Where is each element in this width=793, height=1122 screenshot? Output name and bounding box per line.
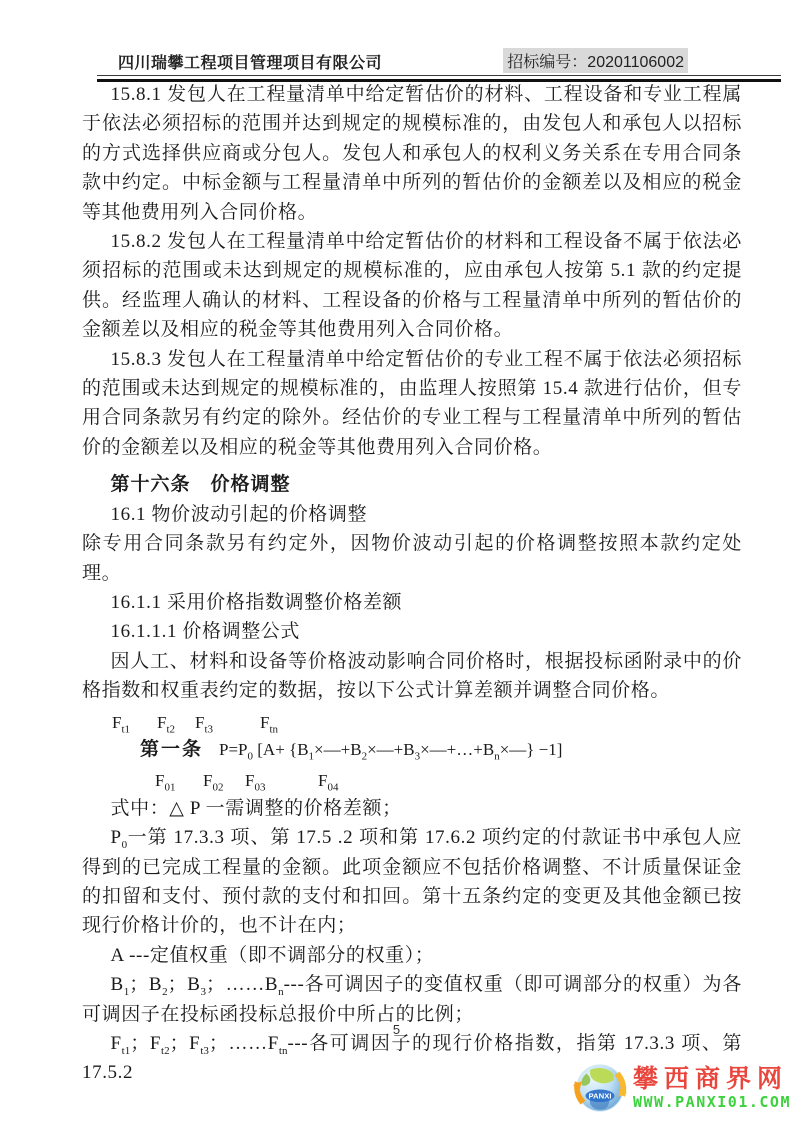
- paragraph-formula-intro: 因人工、材料和设备等价格波动影响合同价格时，根据投标函附录中的价格指数和权重表约…: [82, 647, 742, 706]
- paragraph-16-1-1-1: 16.1.1.1 价格调整公式: [82, 617, 742, 646]
- fraction-denominator-1: F01: [155, 766, 175, 795]
- paragraph-16-1-1: 16.1.1 采用价格指数调整价格差额: [82, 588, 742, 617]
- section-heading-16: 第十六条 价格调整: [82, 470, 742, 499]
- formula-denominator-row: F01 F02 F03 F04: [82, 764, 742, 793]
- watermark: PANXI 攀西商界网 WWW.PANXI01.COM: [571, 1060, 791, 1118]
- document-body: 15.8.1 发包人在工程量清单中给定暂估价的材料、工程设备和专业工程属于依法必…: [82, 80, 742, 1088]
- fraction-denominator-4: F04: [318, 766, 338, 795]
- paragraph-15-8-1: 15.8.1 发包人在工程量清单中给定暂估价的材料、工程设备和专业工程属于依法必…: [82, 80, 742, 227]
- paragraph-16-1: 16.1 物价波动引起的价格调整: [82, 500, 742, 529]
- formula-label: 第一条: [140, 739, 203, 760]
- paragraph-shizhong: 式中：△ P 一需调整的价格差额；: [82, 794, 742, 823]
- bid-number-badge: 招标编号：20201106002: [503, 48, 688, 73]
- definition-p0: P0一第 17.3.3 项、第 17.5 .2 项和第 17.6.2 项约定的付…: [82, 823, 742, 941]
- fraction-numerator-1: Ft1: [112, 708, 130, 737]
- fraction-denominator-3: F03: [245, 766, 265, 795]
- watermark-site-name: 攀西商界网: [633, 1067, 788, 1093]
- formula-expression: P=P0 [A+ {B1×—+B2×—+B3×—+…+Bn×—} −1]: [219, 740, 562, 759]
- fraction-numerator-3: Ft3: [195, 708, 213, 737]
- paragraph-15-8-2: 15.8.2 发包人在工程量清单中给定暂估价的材料和工程设备不属于依法必须招标的…: [82, 227, 742, 345]
- formula-numerator-row: Ft1 Ft2 Ft3 Ftn: [82, 706, 742, 735]
- definition-b: B1；B2；B3；……Bn---各可调因子的变值权重（即可调部分的权重）为各可调…: [82, 970, 742, 1029]
- company-name: 四川瑞攀工程项目管理项目有限公司: [118, 50, 382, 73]
- paragraph-16-1-note: 除专用合同条款另有约定外，因物价波动引起的价格调整按照本款约定处理。: [82, 529, 742, 588]
- header-rule-thin: [97, 75, 781, 76]
- page-number: 5: [0, 1022, 793, 1037]
- formula-main-line: 第一条P=P0 [A+ {B1×—+B2×—+B3×—+…+Bn×—} −1]: [82, 735, 742, 764]
- fraction-numerator-4: Ftn: [260, 708, 278, 737]
- fraction-denominator-2: F02: [203, 766, 223, 795]
- globe-logo-icon: PANXI: [571, 1060, 629, 1118]
- page-header: 四川瑞攀工程项目管理项目有限公司 招标编号：20201106002: [97, 48, 781, 82]
- watermark-site-url: WWW.PANXI01.COM: [633, 1093, 791, 1111]
- paragraph-15-8-3: 15.8.3 发包人在工程量清单中给定暂估价的专业工程不属于依法必须招标的范围或…: [82, 345, 742, 463]
- fraction-numerator-2: Ft2: [157, 708, 175, 737]
- svg-text:PANXI: PANXI: [589, 1092, 612, 1101]
- definition-a: A ---定值权重（即不调部分的权重）；: [82, 941, 742, 970]
